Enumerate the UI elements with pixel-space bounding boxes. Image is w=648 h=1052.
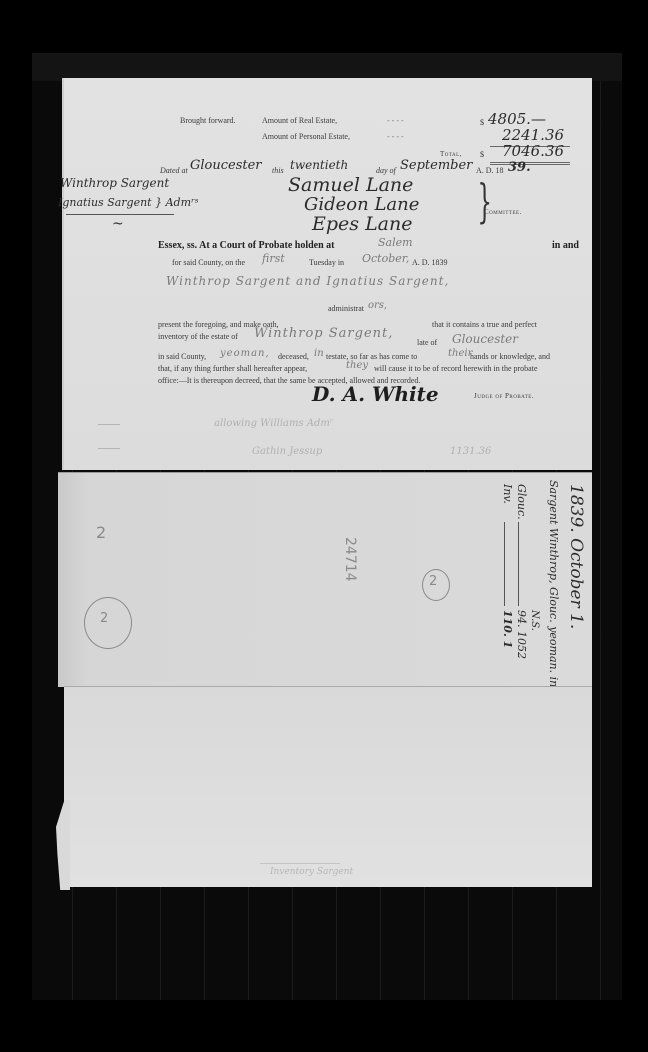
late-of-label: late of (417, 338, 437, 347)
total-value: 7046.36 (502, 142, 564, 160)
docket-endorsement: 1839. October 1. Sargent Winthrop, Glouc… (500, 478, 590, 678)
court-ordinal: first (262, 252, 285, 265)
docket-name: Sargent Winthrop, Glouc. yeoman. int. (547, 480, 560, 695)
administrat-label: administrat (328, 304, 364, 313)
committee-signature-1: Samuel Lane (288, 174, 413, 196)
administrators-names: Winthrop Sargent and Ignatius Sargent, (166, 274, 449, 288)
real-estate-label: Amount of Real Estate, (262, 116, 337, 125)
deceased-name: Winthrop Sargent, (254, 326, 393, 341)
circled-number: 2 (100, 611, 108, 626)
contains-text: that it contains a true and perfect (432, 320, 537, 329)
circled-number-center: 2 (429, 574, 437, 589)
committee-signature-2: Gideon Lane (304, 194, 419, 215)
court-place: Salem (378, 236, 413, 249)
flourish-mark: ~ (112, 216, 124, 232)
administrator-margin-2: Ignatius Sargent } Admʳˢ (58, 196, 199, 209)
probate-form-sheet: Brought forward. Amount of Real Estate, … (62, 78, 592, 470)
docket-rule (504, 522, 505, 606)
dated-place: Gloucester (190, 158, 262, 173)
testate-text: testate, so far as has come to (326, 352, 417, 361)
brought-forward-label: Brought forward. (180, 116, 236, 125)
bleed-through-line-1: allowing Williams Admʳ (214, 418, 333, 429)
inventory-text: inventory of the estate of (158, 332, 238, 341)
docket-book-value-1: 94. 1052 (515, 610, 528, 659)
committee-signature-3: Epes Lane (312, 213, 413, 235)
that-if-text: that, if any thing further shall hereaft… (158, 364, 307, 373)
they-word: they (346, 360, 368, 371)
bleed-through-line-2: Gathin Jessup (252, 446, 322, 457)
dated-at-label: Dated at (160, 166, 188, 175)
docket-book-label-1: Glouc. (515, 484, 528, 520)
will-cause-text: will cause it to be of record herewith i… (374, 364, 538, 373)
case-number: 24714 (342, 537, 358, 582)
in-and-label: in and (552, 240, 579, 251)
docket-date: 1839. October 1. (566, 484, 586, 629)
docket-rule (518, 522, 519, 606)
occupation: yeoman, (220, 348, 270, 359)
committee-label: Committee. (484, 208, 522, 216)
dated-year: 39. (508, 160, 531, 175)
tuesday-in-label: Tuesday in (309, 258, 344, 267)
docket-book-label-2: Inv. (501, 484, 514, 504)
judge-label: Judge of Probate. (474, 392, 534, 400)
hands-text: hands or knowledge, and (470, 352, 550, 361)
bottom-blank-panel: Inventory Sargent (64, 686, 592, 887)
bleed-through-rule (98, 448, 120, 449)
bleed-through-rule (98, 424, 120, 425)
in-said-county-label: in said County, (158, 352, 206, 361)
dated-day: twentieth (290, 158, 348, 172)
deceased-label: deceased, (278, 352, 309, 361)
docket-book-value-2: 110. 1 (501, 610, 514, 648)
their-word: their (448, 348, 472, 359)
committee-brace: } (477, 174, 492, 228)
court-heading: Essex, ss. At a Court of Probate holden … (158, 240, 334, 251)
pencil-number: 2 (96, 523, 106, 542)
judge-signature: D. A. White (312, 382, 439, 406)
faint-note: Inventory Sargent (270, 867, 353, 877)
signature-flourish (66, 214, 174, 215)
dollar-sign: $ (480, 150, 484, 159)
docket-initials: N.S. (529, 610, 540, 631)
administrat-suffix: ors, (368, 300, 387, 311)
personal-estate-label: Amount of Personal Estate, (262, 132, 350, 141)
this-label: this (272, 166, 284, 175)
court-line2-prefix: for said County, on the (172, 258, 245, 267)
scanner-top-strip (32, 53, 622, 81)
total-label: Total, (440, 150, 462, 158)
administrator-margin-1: Winthrop Sargent (60, 176, 169, 190)
dated-month: September (400, 158, 472, 173)
dollar-sign: $ (480, 118, 484, 127)
court-month: October, (362, 252, 409, 265)
leader-dots: - - - - (387, 116, 404, 125)
faint-rule (260, 863, 340, 864)
late-of-place: Gloucester (452, 332, 518, 346)
leader-dots: - - - - (387, 132, 404, 141)
court-year: A. D. 1839 (412, 258, 448, 267)
testacy: in (314, 348, 324, 359)
bleed-through-figure: 1131.36 (450, 446, 491, 457)
